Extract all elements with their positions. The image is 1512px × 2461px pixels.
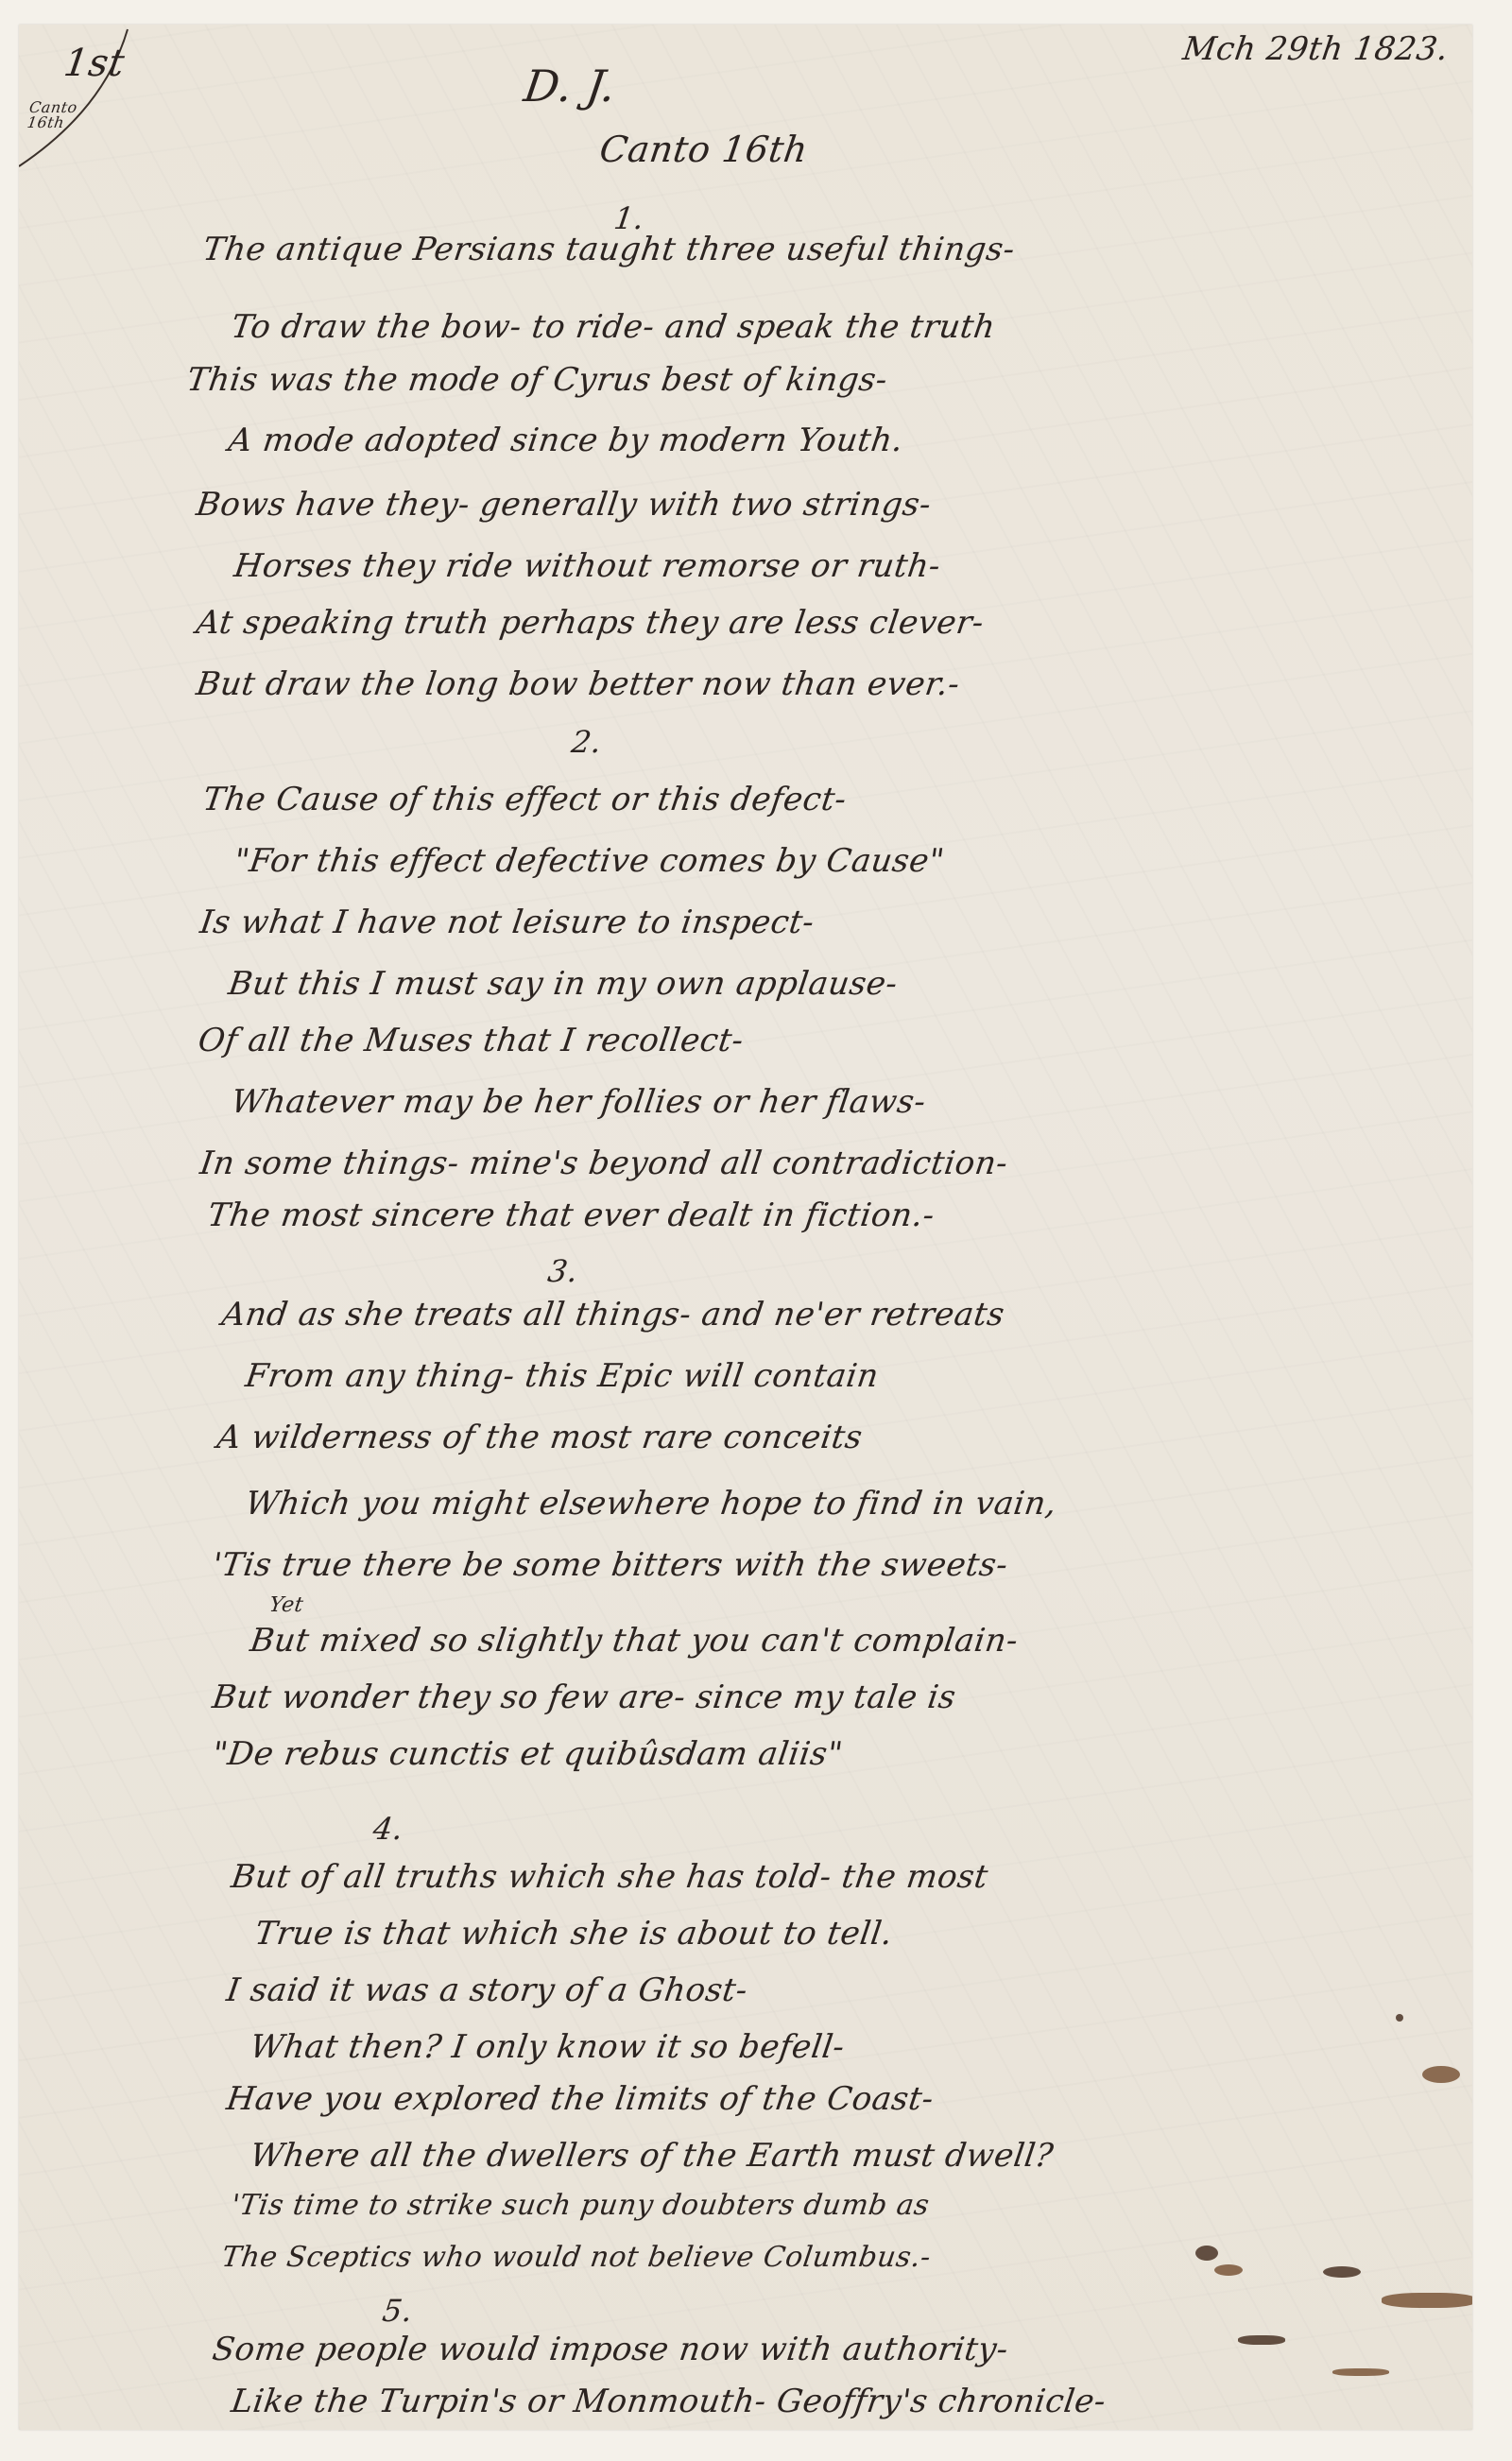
manuscript-page: 1st Canto 16th D. J. Canto 16th Mch 29th… <box>19 25 1472 2430</box>
verse-line: But of all truths which she has told- th… <box>229 1858 990 1896</box>
ink-blot <box>1396 2014 1403 2022</box>
verse-line: But mixed so slightly that you can't com… <box>248 1622 1021 1660</box>
verse-line: Horses they ride without remorse or ruth… <box>232 547 943 585</box>
verse-line: But wonder they so few are- since my tal… <box>210 1678 958 1716</box>
verse-line: True is that which she is about to tell. <box>252 1915 895 1953</box>
verse-line: To draw the bow- to ride- and speak the … <box>229 308 998 346</box>
verse-line: In some things- mine's beyond all contra… <box>198 1144 1010 1182</box>
ink-blot <box>1332 2368 1389 2376</box>
ink-blot <box>1422 2066 1460 2083</box>
verse-line: And as she treats all things- and ne'er … <box>219 1296 1006 1334</box>
verse-line: A wilderness of the most rare conceits <box>215 1419 865 1456</box>
verse-line: But this I must say in my own applause- <box>226 965 900 1003</box>
verse-line: The Cause of this effect or this defect- <box>200 781 849 818</box>
stanza-number: 3. <box>545 1253 580 1289</box>
verse-line: Is what I have not leisure to inspect- <box>198 904 816 941</box>
verse-line: What then? I only know it so befell- <box>248 2028 847 2066</box>
ink-blot <box>1238 2335 1285 2345</box>
verse-line: The most sincere that ever dealt in fict… <box>205 1196 936 1234</box>
stanza-number: 5. <box>380 2293 415 2329</box>
interlinear-insert: Yet <box>267 1593 304 1617</box>
verse-line: The antique Persians taught three useful… <box>200 231 1017 268</box>
ink-blot <box>1382 2293 1472 2308</box>
stanza-number: 2. <box>569 724 604 760</box>
verse-line: Have you explored the limits of the Coas… <box>224 2080 936 2118</box>
manuscript-date: Mch 29th 1823. <box>1180 30 1451 68</box>
margin-note: 1st <box>61 42 128 85</box>
verse-line: The Sceptics who would not believe Colum… <box>220 2241 934 2274</box>
verse-line: Like the Turpin's or Monmouth- Geoffry's… <box>229 2383 1108 2420</box>
verse-line: "For this effect defective comes by Caus… <box>232 842 947 880</box>
ink-blot <box>1214 2264 1243 2276</box>
ink-blot <box>1323 2266 1361 2278</box>
ink-blot <box>1195 2246 1218 2261</box>
verse-line: 'Tis time to strike such puny doubters d… <box>230 2189 932 2222</box>
verse-line: From any thing- this Epic will contain <box>243 1357 881 1395</box>
verse-line: "De rebus cunctis et quibûsdam aliis" <box>210 1735 845 1773</box>
verse-line: Which you might elsewhere hope to find i… <box>243 1485 1059 1523</box>
verse-line: Whatever may be her follies or her flaws… <box>229 1083 928 1121</box>
canto-subtitle: Canto 16th <box>597 129 811 170</box>
verse-line: Bows have they- generally with two strin… <box>194 486 934 524</box>
verse-line: This was the mode of Cyrus best of kings… <box>184 361 890 399</box>
verse-line: But draw the long bow better now than ev… <box>194 665 962 703</box>
verse-line: At speaking truth perhaps they are less … <box>194 604 987 642</box>
verse-line: Some people would impose now with author… <box>210 2331 1010 2368</box>
verse-line: Where all the dwellers of the Earth must… <box>248 2137 1056 2175</box>
manuscript-title: D. J. <box>521 60 619 112</box>
verse-line: Of all the Muses that I recollect- <box>196 1022 746 1059</box>
stanza-number: 4. <box>370 1811 405 1847</box>
verse-line: A mode adopted since by modern Youth. <box>226 422 905 459</box>
verse-line: I said it was a story of a Ghost- <box>224 1971 749 2009</box>
verse-line: 'Tis true there be some bitters with the… <box>210 1546 1010 1584</box>
margin-subnote: Canto 16th <box>26 100 68 130</box>
